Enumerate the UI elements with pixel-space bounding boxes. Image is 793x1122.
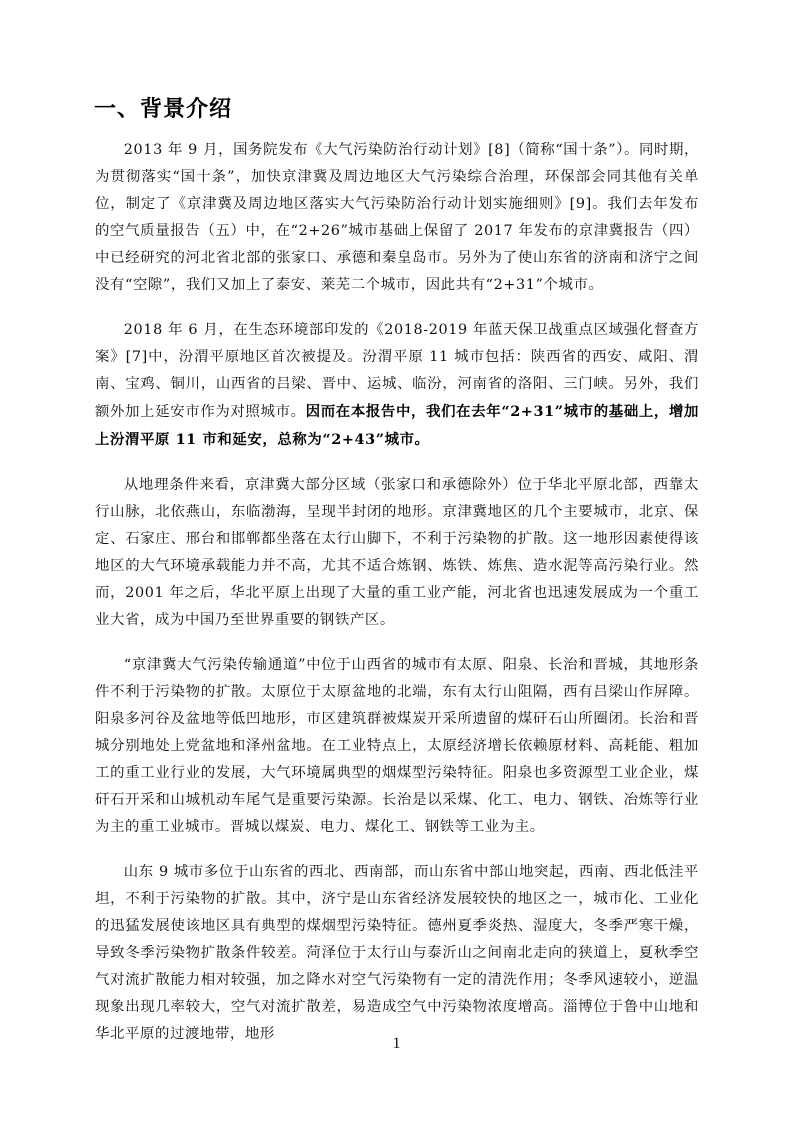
page-number: 1 bbox=[0, 1035, 793, 1053]
body-content: 2013 年 9 月，国务院发布《大气污染防治行动计划》[8]（简称“国十条”）… bbox=[95, 137, 699, 1066]
paragraph-shanxi: “京津冀大气污染传输通道”中位于山西省的城市有太原、阳泉、长治和晋城，其地形条件… bbox=[95, 652, 699, 841]
section-heading: 一、背景介绍 bbox=[94, 92, 232, 123]
paragraph-shandong: 山东 9 城市多位于山东省的西北、西南部，而山东省中部山地突起，西南、西北低洼平… bbox=[95, 859, 699, 1048]
document-page: 一、背景介绍 2013 年 9 月，国务院发布《大气污染防治行动计划》[8]（简… bbox=[0, 0, 793, 1122]
paragraph-background-policy: 2013 年 9 月，国务院发布《大气污染防治行动计划》[8]（简称“国十条”）… bbox=[95, 137, 699, 299]
paragraph-geography: 从地理条件来看，京津冀大部分区域（张家口和承德除外）位于华北平原北部，西靠太行山… bbox=[95, 472, 699, 634]
paragraph-fenwei-plain: 2018 年 6 月，在生态环境部印发的《2018-2019 年蓝天保卫战重点区… bbox=[95, 317, 699, 454]
